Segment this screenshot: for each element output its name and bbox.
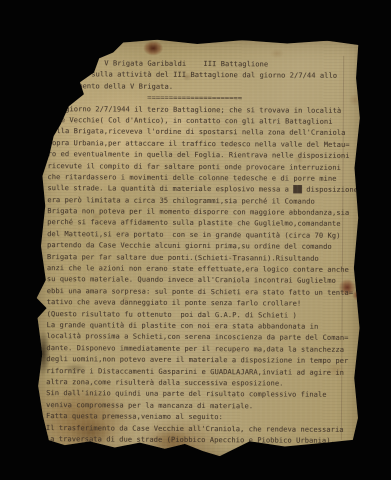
document-line: V Brigata Garibaldi III Battaglione [48, 58, 360, 71]
document-paper: V Brigata Garibaldi III BattaglioneRelaz… [35, 36, 366, 460]
document-line: la traversata di due strade (Piobbico Ap… [46, 434, 358, 447]
photo-background: V Brigata Garibaldi III BattaglioneRelaz… [0, 0, 391, 480]
stain [143, 41, 163, 56]
typewritten-text: V Brigata Garibaldi III BattaglioneRelaz… [46, 58, 360, 447]
